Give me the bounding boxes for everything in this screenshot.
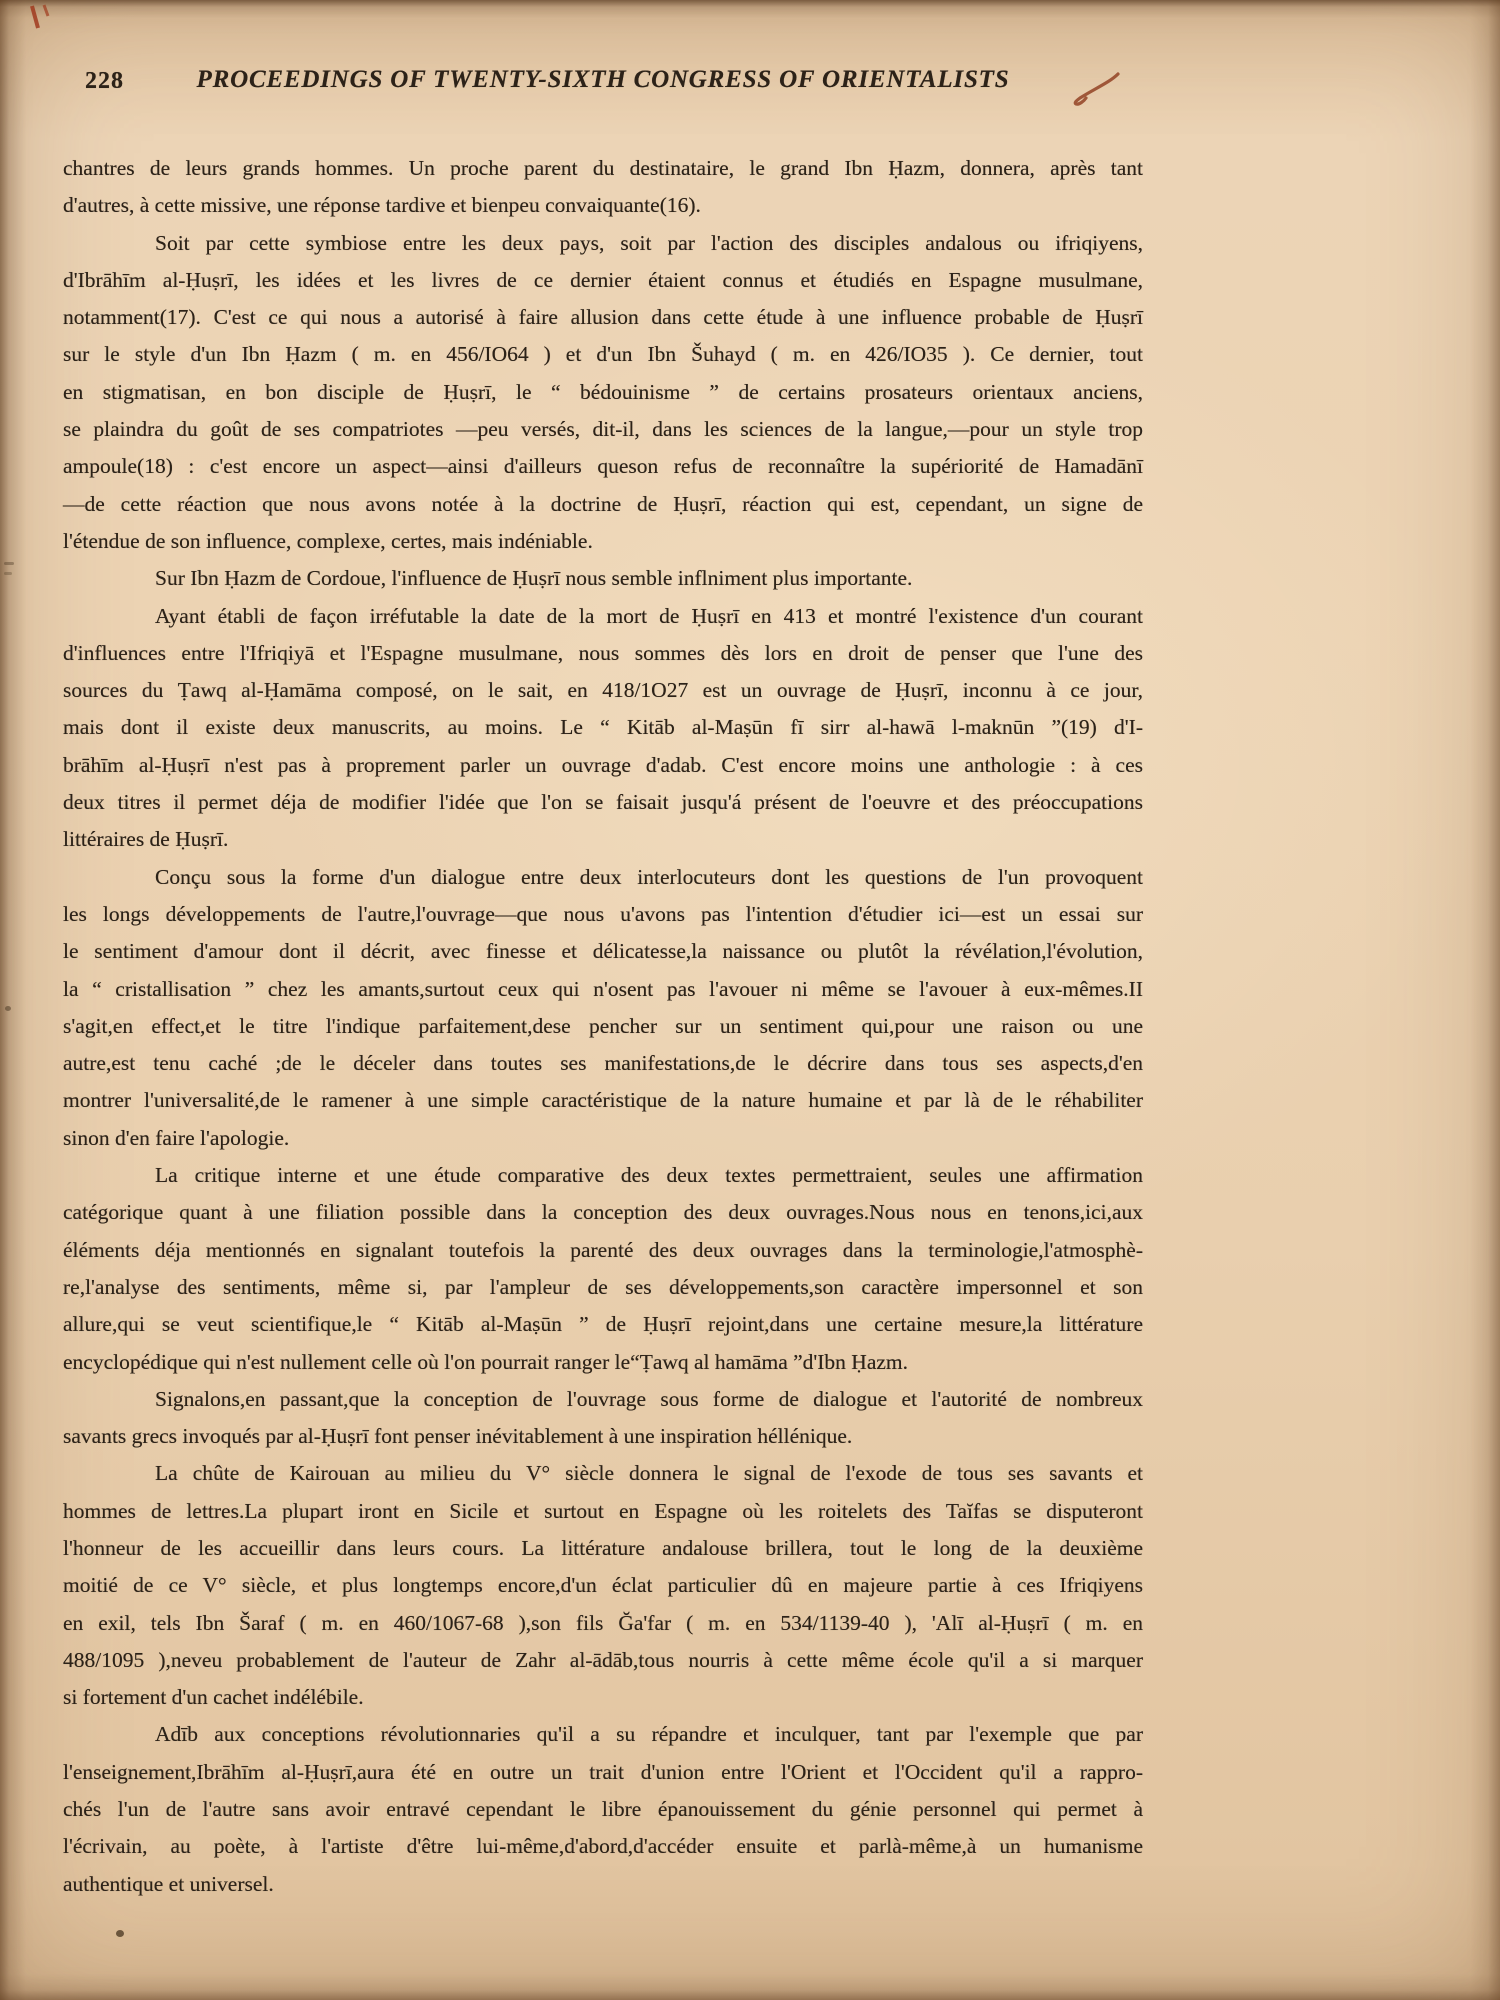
- text-line: mais dont il existe deux manuscrits, au …: [63, 709, 1143, 746]
- text-line: catégorique quant à une filiation possib…: [63, 1194, 1143, 1231]
- text-line: Signalons,en passant,que la conception d…: [63, 1381, 1143, 1418]
- text-line: Sur Ibn Ḥazm de Cordoue, l'influence de …: [63, 560, 1143, 597]
- text-line: sources du Ṭawq al-Ḥamāma composé, on le…: [63, 672, 1143, 709]
- text-line: brāhīm al-Ḥuṣrī n'est pas à proprement p…: [63, 747, 1143, 784]
- text-line: autre,est tenu caché ;de le déceler dans…: [63, 1045, 1143, 1082]
- text-line: hommes de lettres.La plupart iront en Si…: [63, 1493, 1143, 1530]
- text-line: l'honneur de les accueillir dans leurs c…: [63, 1530, 1143, 1567]
- text-line: les longs développements de l'autre,l'ou…: [63, 896, 1143, 933]
- text-line: chantres de leurs grands hommes. Un proc…: [63, 150, 1143, 187]
- text-line: Ayant établi de façon irréfutable la dat…: [63, 598, 1143, 635]
- text-line: chés l'un de l'autre sans avoir entravé …: [63, 1791, 1143, 1828]
- text-line: l'étendue de son influence, complexe, ce…: [63, 523, 1143, 560]
- text-line: moitié de ce V° siècle, et plus longtemp…: [63, 1567, 1143, 1604]
- scanned-page: 228 PROCEEDINGS OF TWENTY-SIXTH CONGRESS…: [0, 0, 1500, 2000]
- running-head: 228 PROCEEDINGS OF TWENTY-SIXTH CONGRESS…: [63, 58, 1143, 118]
- text-line: sur le style d'un Ibn Ḥazm ( m. en 456/I…: [63, 336, 1143, 373]
- text-line: s'agit,en effect,et le titre l'indique p…: [63, 1008, 1143, 1045]
- ink-speck: [4, 572, 12, 575]
- text-line: Adīb aux conceptions révolutionnaries qu…: [63, 1716, 1143, 1753]
- text-line: si fortement d'un cachet indélébile.: [63, 1679, 1143, 1716]
- text-line: se plaindra du goût de ses compatriotes …: [63, 411, 1143, 448]
- text-line: d'influences entre l'Ifriqiyā et l'Espag…: [63, 635, 1143, 672]
- page-number: 228: [85, 68, 124, 95]
- page-title: PROCEEDINGS OF TWENTY-SIXTH CONGRESS OF …: [63, 58, 1143, 94]
- text-line: La critique interne et une étude compara…: [63, 1157, 1143, 1194]
- text-line: l'enseignement,Ibrāhīm al-Ḥuṣrī,aura été…: [63, 1754, 1143, 1791]
- text-line: d'autres, à cette missive, une réponse t…: [63, 187, 1143, 224]
- text-line: authentique et universel.: [63, 1866, 1143, 1903]
- text-line: sinon d'en faire l'apologie.: [63, 1120, 1143, 1157]
- text-line: éléments déja mentionnés en signalant to…: [63, 1232, 1143, 1269]
- text-line: —de cette réaction que nous avons notée …: [63, 486, 1143, 523]
- text-line: en stigmatisan, en bon disciple de Ḥuṣrī…: [63, 374, 1143, 411]
- text-line: d'Ibrāhīm al-Ḥuṣrī, les idées et les liv…: [63, 262, 1143, 299]
- text-line: montrer l'universalité,de le ramener à u…: [63, 1082, 1143, 1119]
- text-line: encyclopédique qui n'est nullement celle…: [63, 1344, 1143, 1381]
- text-line: savants grecs invoqués par al-Ḥuṣrī font…: [63, 1418, 1143, 1455]
- text-line: ampoule(18) : c'est encore un aspect—ain…: [63, 448, 1143, 485]
- ink-speck: [4, 562, 14, 565]
- text-line: notamment(17). C'est ce qui nous a autor…: [63, 299, 1143, 336]
- text-line: Conçu sous la forme d'un dialogue entre …: [63, 859, 1143, 896]
- text-line: en exil, tels Ibn Šaraf ( m. en 460/1067…: [63, 1605, 1143, 1642]
- ink-speck: [116, 1930, 124, 1937]
- text-line: deux titres il permet déja de modifier l…: [63, 784, 1143, 821]
- text-line: re,l'analyse des sentiments, même si, pa…: [63, 1269, 1143, 1306]
- text-line: Soit par cette symbiose entre les deux p…: [63, 225, 1143, 262]
- text-line: 488/1095 ),neveu probablement de l'auteu…: [63, 1642, 1143, 1679]
- text-line: le sentiment d'amour dont il décrit, ave…: [63, 933, 1143, 970]
- text-line: la “ cristallisation ” chez les amants,s…: [63, 971, 1143, 1008]
- ink-speck: [5, 1006, 11, 1011]
- text-line: l'écrivain, au poète, à l'artiste d'être…: [63, 1828, 1143, 1865]
- page-body: chantres de leurs grands hommes. Un proc…: [63, 150, 1143, 1903]
- text-line: allure,qui se veut scientifique,le “ Kit…: [63, 1306, 1143, 1343]
- red-pencil-ticks-icon: [24, 2, 70, 41]
- text-line: La chûte de Kairouan au milieu du V° siè…: [63, 1455, 1143, 1492]
- text-line: littéraires de Ḥuṣrī.: [63, 821, 1143, 858]
